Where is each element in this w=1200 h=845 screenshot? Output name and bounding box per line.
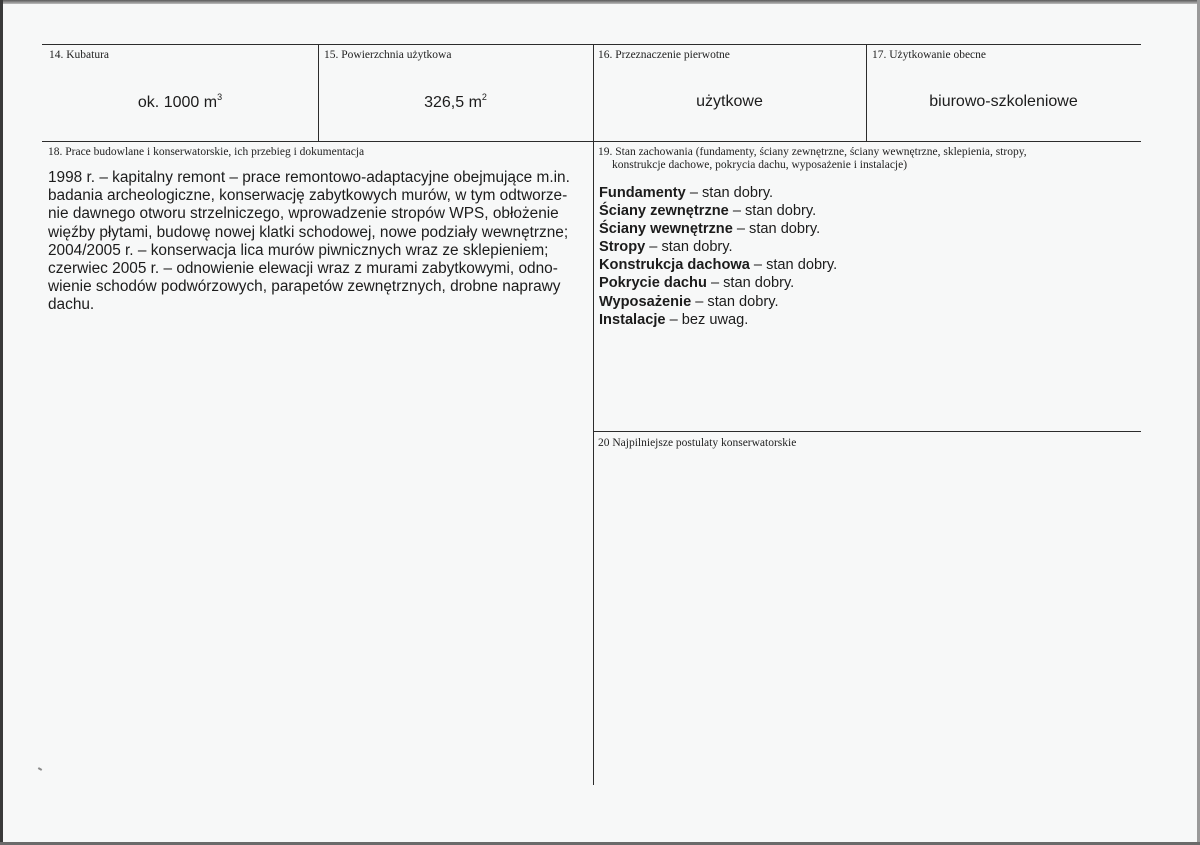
condition-item-status: – stan dobry. [645, 239, 732, 255]
condition-item-name: Fundamenty [599, 185, 686, 201]
field-18-line: badania archeologiczne, konserwację zaby… [48, 187, 588, 205]
condition-item: Ściany wewnętrzne – stan dobry. [599, 220, 1139, 238]
field-15-value: 326,5 m2 [318, 92, 593, 112]
field-15-unit-exponent: 2 [482, 92, 487, 102]
condition-item-status: – stan dobry. [729, 203, 816, 219]
field-18-line: 1998 r. – kapitalny remont – prace remon… [48, 169, 588, 187]
condition-item-name: Konstrukcja dachowa [599, 257, 750, 273]
field-19-label-line1: 19. Stan zachowania (fundamenty, ściany … [598, 145, 1027, 159]
condition-item-name: Ściany zewnętrzne [599, 203, 729, 219]
col-divider-center [593, 44, 594, 785]
field-18-label: 18. Prace budowlane i konserwatorskie, i… [48, 145, 364, 159]
field-20-label: 20 Najpilniejsze postulaty konserwatorsk… [598, 436, 796, 450]
field-14-label: 14. Kubatura [49, 48, 109, 62]
field-18-line: wienie schodów podwórzowych, parapetów z… [48, 278, 588, 296]
condition-item-status: – stan dobry. [691, 294, 778, 310]
condition-item: Wyposażenie – stan dobry. [599, 293, 1139, 311]
condition-item: Instalacje – bez uwag. [599, 311, 1139, 329]
field-19-label-line2: konstrukcje dachowe, pokrycia dachu, wyp… [612, 158, 907, 172]
field-19-body: Fundamenty – stan dobry. Ściany zewnętrz… [599, 184, 1139, 329]
field-17-label: 17. Użytkowanie obecne [872, 48, 986, 62]
field-15-label: 15. Powierzchnia użytkowa [324, 48, 451, 62]
condition-item: Konstrukcja dachowa – stan dobry. [599, 256, 1139, 274]
field-18-line: dachu. [48, 296, 588, 314]
field-18-line: czerwiec 2005 r. – odnowienie elewacji w… [48, 260, 588, 278]
condition-item-name: Stropy [599, 239, 645, 255]
condition-item-status: – bez uwag. [666, 312, 749, 328]
condition-item-name: Pokrycie dachu [599, 275, 707, 291]
field-15-value-text: 326,5 m [424, 94, 482, 111]
condition-item: Stropy – stan dobry. [599, 238, 1139, 256]
row-divider-rule [42, 141, 1141, 142]
condition-item-name: Wyposażenie [599, 294, 691, 310]
condition-item: Pokrycie dachu – stan dobry. [599, 274, 1139, 292]
field-14-value: ok. 1000 m3 [42, 92, 318, 112]
scan-speck [38, 767, 42, 771]
field-18-line: 2004/2005 r. – konserwacja lica murów pi… [48, 242, 588, 260]
condition-item: Fundamenty – stan dobry. [599, 184, 1139, 202]
scan-edge-left [0, 0, 3, 845]
field-16-label: 16. Przeznaczenie pierwotne [598, 48, 730, 62]
condition-item-name: Ściany wewnętrzne [599, 221, 733, 237]
field-17-value: biurowo-szkoleniowe [866, 93, 1141, 111]
condition-item-status: – stan dobry. [707, 275, 794, 291]
condition-item: Ściany zewnętrzne – stan dobry. [599, 202, 1139, 220]
field-20-top-rule [593, 431, 1141, 432]
field-18-body: 1998 r. – kapitalny remont – prace remon… [48, 169, 588, 315]
field-18-line: nie dawnego otworu strzelniczego, wprowa… [48, 205, 588, 223]
condition-item-status: – stan dobry. [733, 221, 820, 237]
field-18-line: więźby płytami, budowę nowej klatki scho… [48, 224, 588, 242]
scan-edge-top [0, 0, 1200, 4]
field-14-unit-exponent: 3 [217, 92, 222, 102]
condition-item-name: Instalacje [599, 312, 666, 328]
form-top-rule [42, 44, 1141, 45]
field-16-value: użytkowe [593, 93, 866, 111]
field-14-value-text: ok. 1000 m [138, 94, 217, 111]
condition-item-status: – stan dobry. [750, 257, 837, 273]
condition-item-status: – stan dobry. [686, 185, 773, 201]
